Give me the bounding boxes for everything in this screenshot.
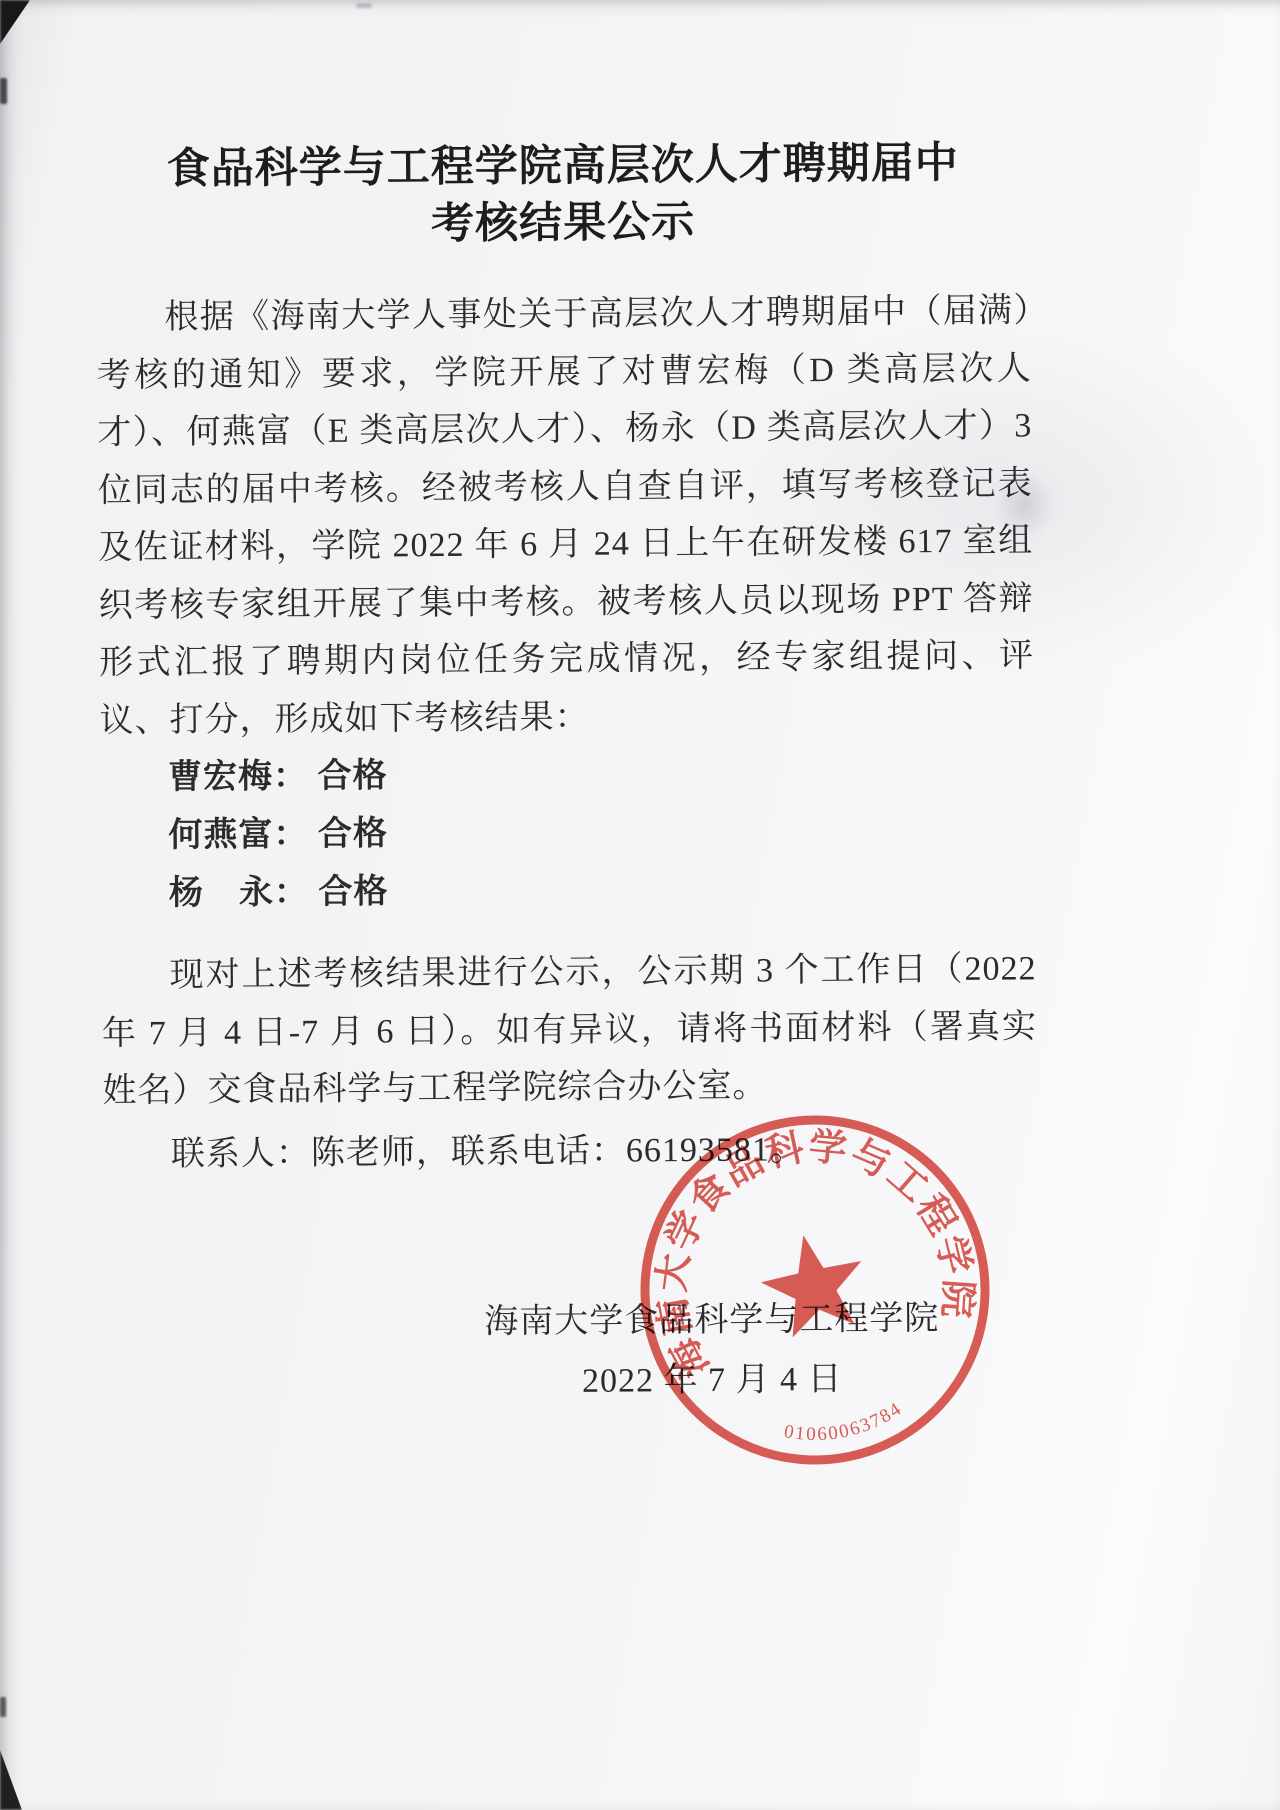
scan-artifact-left-edge-mark-lower [0,1697,6,1717]
paragraph-assessment-process: 根据《海南大学人事处关于高层次人才聘期届中（届满）考核的通知》要求，学院开展了对… [96,282,1035,749]
document-title-line1: 食品科学与工程学院高层次人才聘期届中 [95,134,1030,198]
result-line-yang-yong: 杨 永： 合格 [169,858,1036,923]
signature-organization: 海南大学食品科学与工程学院 [384,1288,1039,1353]
document-title-line2: 考核结果公示 [95,191,1030,255]
paragraph-publicity-period: 现对上述考核结果进行公示，公示期 3 个工作日（2022 年 7 月 4 日-7… [101,940,1037,1120]
document-body: 食品科学与工程学院高层次人才聘期届中 考核结果公示 根据《海南大学人事处关于高层… [95,134,1040,1415]
result-line-he-yanfu: 何燕富： 合格 [168,800,1035,865]
scan-artifact-top-mark [356,3,372,8]
scan-artifact-corner-bottom-left [0,1750,22,1810]
scanned-document-page: 食品科学与工程学院高层次人才聘期届中 考核结果公示 根据《海南大学人事处关于高层… [0,0,1280,1810]
contact-info-line: 联系人：陈老师，联系电话：66193581。 [103,1119,1038,1184]
scan-artifact-left-edge-mark [0,78,7,104]
scan-artifact-corner-top-left [0,0,30,44]
signature-date: 2022 年 7 月 4 日 [385,1348,1040,1413]
assessment-results-list: 曹宏梅： 合格 何燕富： 合格 杨 永： 合格 [168,742,1036,923]
document-title: 食品科学与工程学院高层次人才聘期届中 考核结果公示 [95,134,1031,255]
result-line-cao-hongmei: 曹宏梅： 合格 [168,742,1035,807]
signature-block: 海南大学食品科学与工程学院 2022 年 7 月 4 日 [384,1288,1040,1413]
